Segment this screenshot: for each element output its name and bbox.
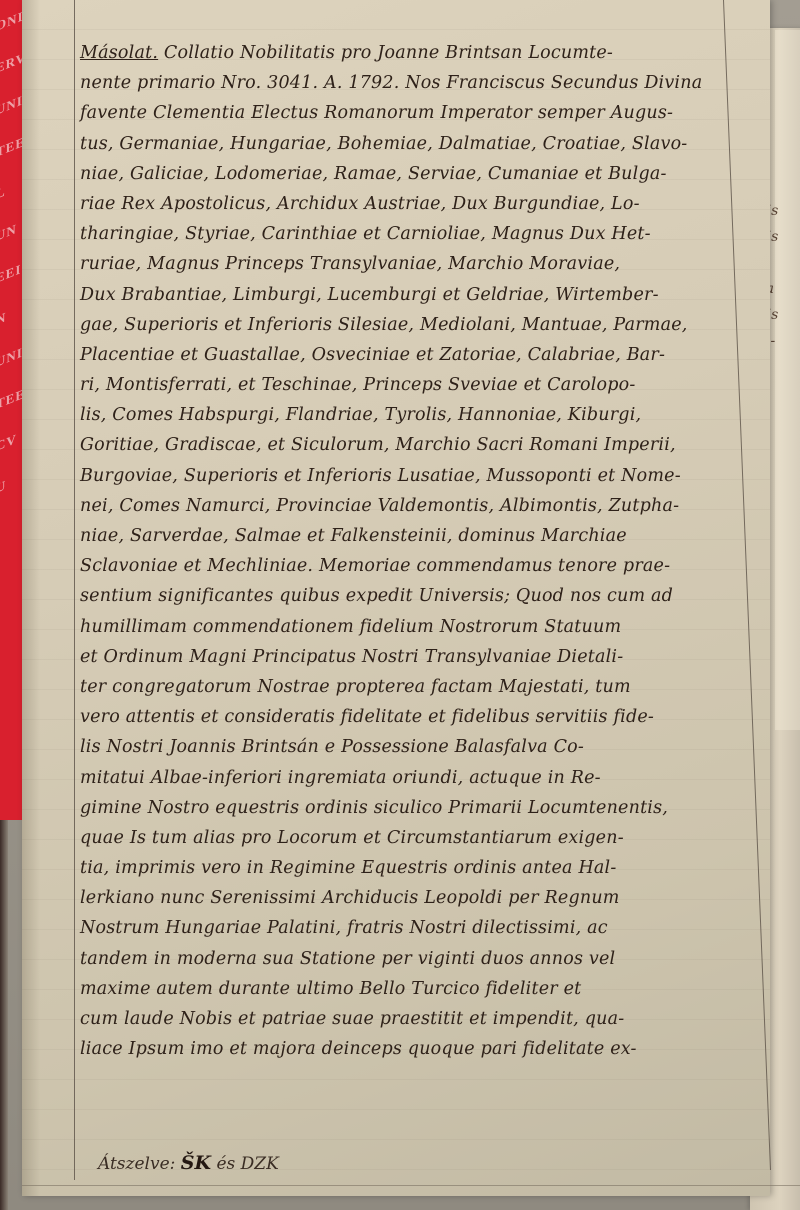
- text-line: Burgoviae, Superioris et Inferioris Lusa…: [80, 461, 730, 491]
- text-line: cum laude Nobis et patriae suae praestit…: [80, 1004, 730, 1034]
- text-line: mitatui Albae-inferiori ingremiata oriun…: [80, 763, 730, 793]
- document-photo: ONI ERV UNIT TEEI L UN EEI N UNI TEE CV …: [0, 0, 800, 1210]
- book-cover-shadow: [0, 820, 8, 1210]
- text-line: favente Clementia Electus Romanorum Impe…: [80, 98, 730, 128]
- page-bottom-edge: [22, 1185, 800, 1186]
- text-line: nente primario Nro. 3041. A. 1792. Nos F…: [80, 68, 730, 98]
- text-line: niae, Galiciae, Lodomeriae, Ramae, Servi…: [80, 159, 730, 189]
- text-line: Másolat. Collatio Nobilitatis pro Joanne…: [80, 38, 730, 68]
- left-margin-rule: [74, 0, 75, 1180]
- page-gutter-shadow: [22, 0, 40, 1196]
- text-line: quae Is tum alias pro Locorum et Circums…: [80, 823, 730, 853]
- text-line: lis Nostri Joannis Brintsán e Possession…: [80, 732, 730, 762]
- text-line: tia, imprimis vero in Regimine Equestris…: [80, 853, 730, 883]
- text-line: lerkiano nunc Serenissimi Archiducis Leo…: [80, 883, 730, 913]
- text-line: humillimam commendationem fidelium Nostr…: [80, 612, 730, 642]
- footnote-label: Átszelve:: [98, 1154, 175, 1174]
- text-line: vero attentis et consideratis fidelitate…: [80, 702, 730, 732]
- text-line: tharingiae, Styriae, Carinthiae et Carni…: [80, 219, 730, 249]
- document-heading: Másolat.: [80, 43, 158, 63]
- text-line: gimine Nostro equestris ordinis siculico…: [80, 793, 730, 823]
- text-line: lis, Comes Habspurgi, Flandriae, Tyrolis…: [80, 400, 730, 430]
- text-line: sentium significantes quibus expedit Uni…: [80, 581, 730, 611]
- footnote-mark-2: DZK: [241, 1154, 279, 1174]
- text-line: ruriae, Magnus Princeps Transylvaniae, M…: [80, 249, 730, 279]
- text-line: gae, Superioris et Inferioris Silesiae, …: [80, 310, 730, 340]
- footnote-annotation: Átszelve: ŠK és DZK: [98, 1152, 279, 1174]
- text-line: liaсe Ipsum imo et majora deinceps quoqu…: [80, 1034, 730, 1064]
- text-line: riae Rex Apostolicus, Archidux Austriae,…: [80, 189, 730, 219]
- text-line: ter congregatorum Nostrae propterea fact…: [80, 672, 730, 702]
- text-line: Nostrum Hungariae Palatini, fratris Nost…: [80, 913, 730, 943]
- footnote-conjunction: és: [216, 1154, 235, 1174]
- text-line: niae, Sarverdae, Salmae et Falkensteinii…: [80, 521, 730, 551]
- text-line: tus, Germaniae, Hungariae, Bohemiae, Dal…: [80, 129, 730, 159]
- footnote-mark-1: ŠK: [181, 1152, 211, 1174]
- text-line: maxime autem durante ultimo Bello Turcic…: [80, 974, 730, 1004]
- text-line: ri, Montisferrati, et Teschinae, Princep…: [80, 370, 730, 400]
- text-line: Dux Brabantiae, Limburgi, Lucemburgi et …: [80, 280, 730, 310]
- text-line: Sclavoniae et Mechliniae. Memoriae comme…: [80, 551, 730, 581]
- text-line: Goritiae, Gradiscae, et Siculorum, March…: [80, 430, 730, 460]
- text-line: Placentiae et Guastallae, Osveciniae et …: [80, 340, 730, 370]
- text-line: nei, Comes Namurci, Provinciae Valdemont…: [80, 491, 730, 521]
- text-line: tandem in moderna sua Statione per vigin…: [80, 944, 730, 974]
- text-line: et Ordinum Magni Principatus Nostri Tran…: [80, 642, 730, 672]
- handwritten-text: Másolat. Collatio Nobilitatis pro Joanne…: [80, 38, 730, 1064]
